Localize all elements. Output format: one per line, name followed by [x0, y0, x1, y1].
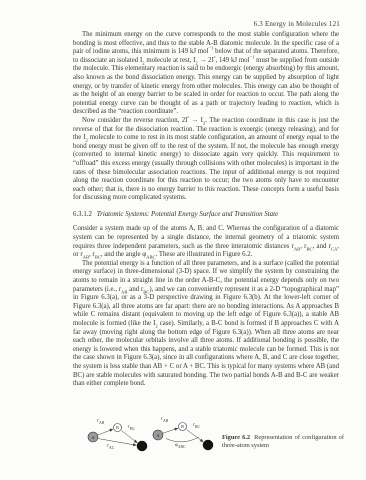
- rac-distance-label: rAC: [107, 444, 114, 449]
- bond-arrow-rac: [98, 439, 136, 446]
- rbc-distance-label: rBC: [128, 425, 135, 430]
- section-heading: 6.3.1.2 Triatomic Systems: Potential Ene…: [73, 211, 339, 220]
- atom-c-circle: [137, 441, 147, 451]
- figure-caption-label: Figure 6.2: [222, 434, 250, 441]
- bond-arrow-rab: [98, 429, 113, 435]
- rab-distance-label: rAB: [97, 419, 104, 424]
- three-atom-diagram-distances-drawing: A B: [84, 416, 152, 462]
- figure-6-2: A B rAB rBC rAC A B rAB rBC φAB: [0, 416, 366, 468]
- text-block: The minimum energy on the curve correspo…: [73, 31, 339, 389]
- paragraph-3: Consider a system made up of the atoms A…: [73, 225, 339, 259]
- section-number: 6.3.1.2: [73, 211, 92, 218]
- bond-arrow-rbc: [187, 430, 204, 442]
- atom-c-circle: [203, 440, 213, 450]
- book-page: 6.3 Energy in Molecules 121 The minimum …: [0, 0, 366, 480]
- three-atom-diagram-angle-drawing: A B: [150, 416, 218, 462]
- paragraph-4: The potential energy is a function of al…: [73, 260, 339, 389]
- running-header: 6.3 Energy in Molecules 121: [254, 20, 340, 28]
- paragraph-2: Now consider the reverse reaction, 2I• →…: [73, 117, 339, 203]
- bond-arrow-rbc: [122, 431, 138, 443]
- atom-b-label: B: [116, 425, 119, 430]
- rab-distance-label: rAB: [161, 417, 168, 422]
- three-atom-diagram-angle: A B rAB rBC φABC: [150, 416, 218, 462]
- figure-caption: Figure 6.2Representation of configuratio…: [222, 434, 344, 450]
- bond-arrow-rab: [163, 428, 178, 433]
- three-atom-diagram-distances: A B rAB rBC rAC: [84, 416, 152, 462]
- section-title: Triatomic Systems: Potential Energy Surf…: [97, 211, 278, 218]
- phi-angle-label: φABC: [175, 443, 186, 448]
- angle-arc: [166, 437, 199, 442]
- rbc-distance-label: rBC: [193, 423, 200, 428]
- atom-b-label: B: [181, 424, 184, 429]
- paragraph-1: The minimum energy on the curve correspo…: [73, 31, 339, 117]
